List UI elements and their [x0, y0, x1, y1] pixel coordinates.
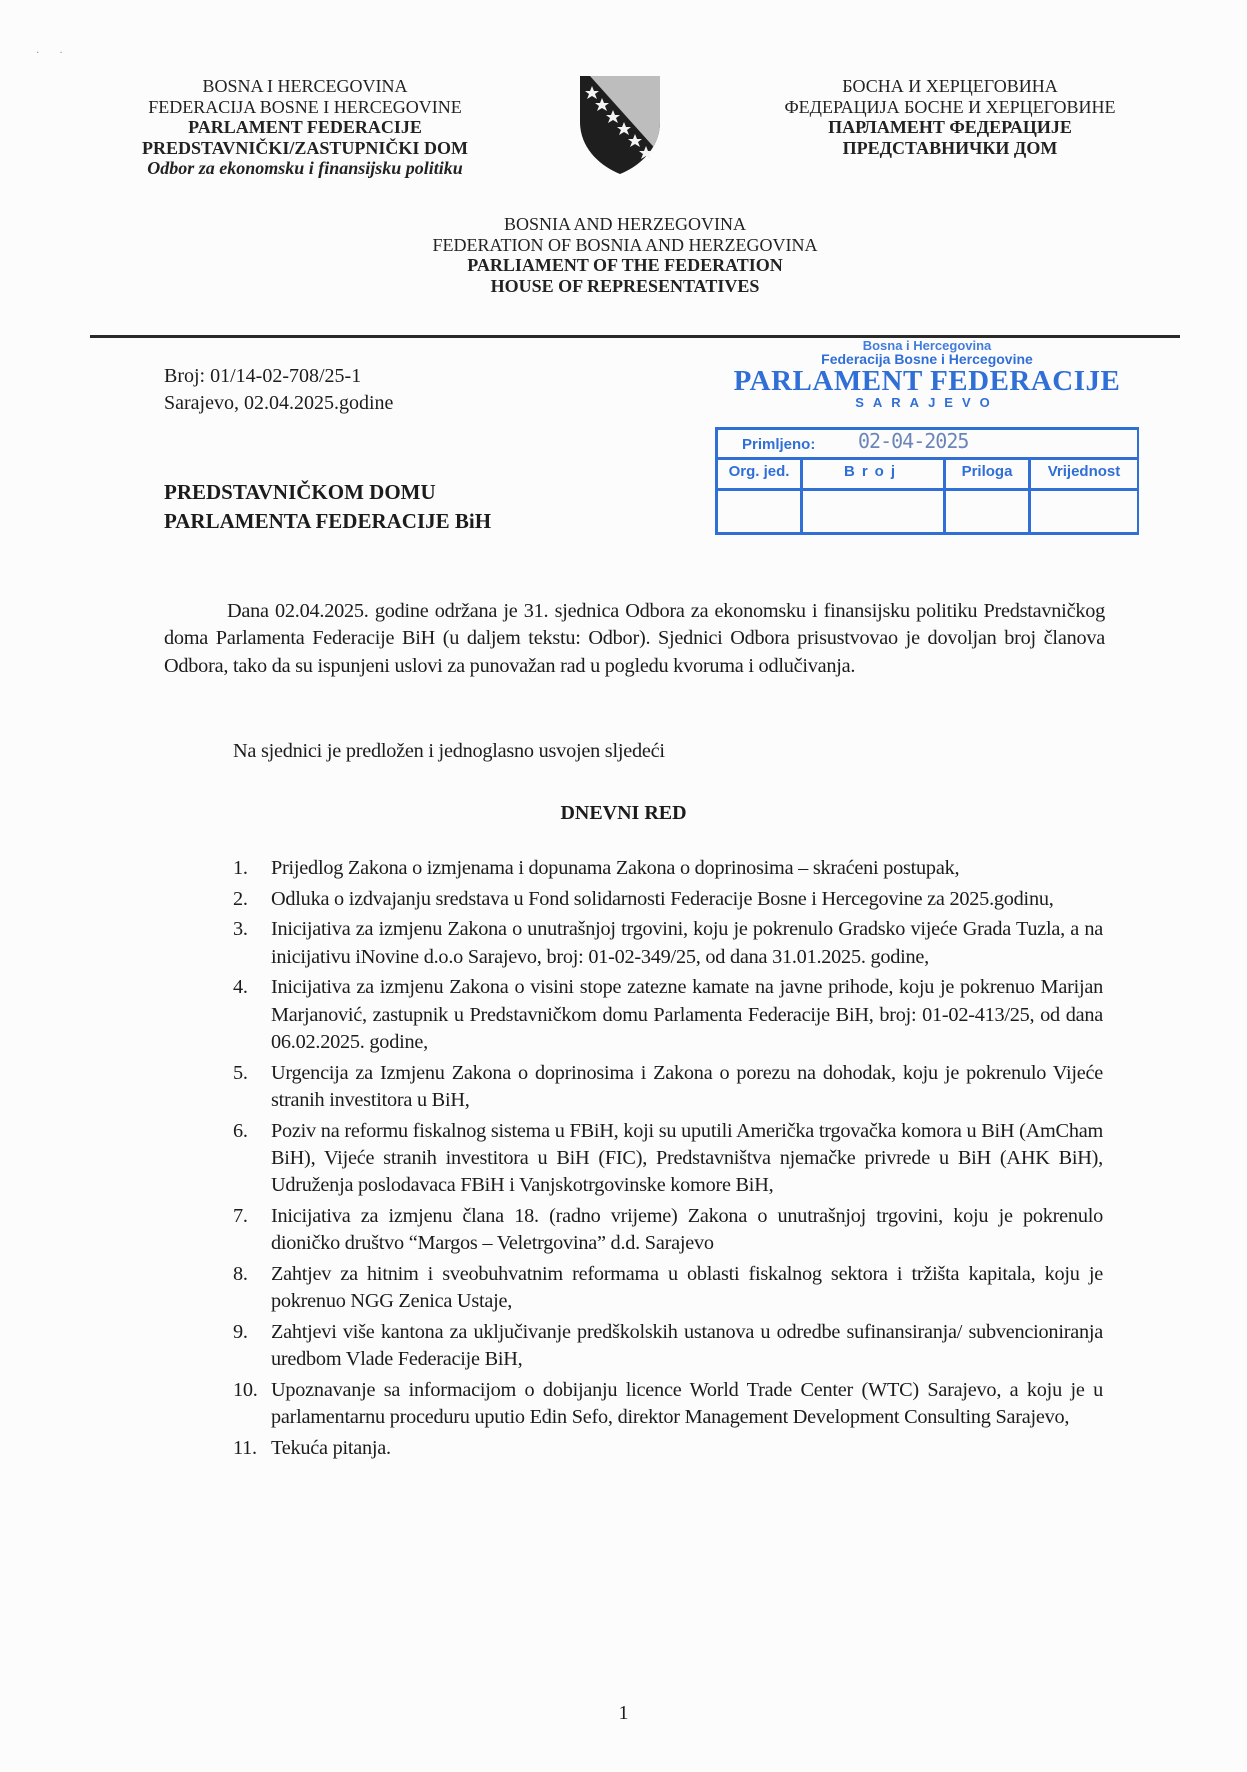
header-divider — [90, 335, 1180, 338]
agenda-title: DNEVNI RED — [0, 802, 1247, 825]
agenda-item-number: 11. — [233, 1435, 257, 1462]
letterhead-country-en: BOSNIA AND HERZEGOVINA — [330, 214, 920, 235]
stamp-col-attachments: Priloga — [946, 460, 1031, 532]
agenda-item-text: Inicijativa za izmjenu Zakona o unutrašn… — [271, 918, 1103, 967]
agenda-item-number: 3. — [233, 916, 248, 943]
proposal-sentence: Na sjednici je predložen i jednoglasno u… — [233, 740, 665, 763]
agenda-item: 3.Inicijativa za izmjenu Zakona o unutra… — [233, 916, 1103, 971]
agenda-item-number: 2. — [233, 886, 248, 913]
stamp-col-label: Org. jed. — [718, 463, 800, 480]
agenda-item-text: Inicijativa za izmjenu Zakona o visini s… — [271, 976, 1103, 1053]
letterhead-latin: BOSNA I HERCEGOVINA FEDERACIJA BOSNE I H… — [100, 76, 510, 179]
letterhead-country: BOSNA I HERCEGOVINA — [100, 76, 510, 97]
stamp-parliament: PARLAMENT FEDERACIJE — [712, 367, 1142, 395]
coat-of-arms-icon — [576, 70, 664, 178]
agenda-item: 8.Zahtjev za hitnim i sveobuhvatnim refo… — [233, 1261, 1103, 1316]
stamp-city: SARAJEVO — [712, 395, 1142, 411]
letterhead-parliament: PARLAMENT FEDERACIJE — [100, 117, 510, 138]
agenda-item-number: 4. — [233, 974, 248, 1001]
agenda-item: 6.Poziv na reformu fiskalnog sistema u F… — [233, 1118, 1103, 1200]
agenda-item: 7.Inicijativa za izmjenu člana 18. (radn… — [233, 1203, 1103, 1258]
agenda-item-text: Tekuća pitanja. — [271, 1437, 391, 1459]
intro-paragraph: Dana 02.04.2025. godine održana je 31. s… — [164, 598, 1105, 680]
agenda-item: 9.Zahtjevi više kantona za uključivanje … — [233, 1319, 1103, 1374]
agenda-item-number: 8. — [233, 1261, 248, 1288]
recipient-line-2: PARLAMENTA FEDERACIJE BiH — [164, 507, 491, 536]
agenda-item-number: 5. — [233, 1060, 248, 1087]
agenda-item-text: Zahtjevi više kantona za uključivanje pr… — [271, 1321, 1103, 1370]
agenda-item-text: Inicijativa za izmjenu člana 18. (radno … — [271, 1205, 1103, 1254]
document-place-date: Sarajevo, 02.04.2025.godine — [164, 390, 393, 417]
received-stamp: Bosna i Hercegovina Federacija Bosne i H… — [712, 339, 1142, 411]
agenda-item-text: Urgencija za Izmjenu Zakona o doprinosim… — [271, 1062, 1103, 1111]
stamp-received-row: Primljeno: 02-04-2025 — [718, 430, 1137, 460]
agenda-item: 11.Tekuća pitanja. — [233, 1435, 1103, 1462]
stamp-country: Bosna i Hercegovina — [712, 339, 1142, 352]
letterhead-entity: FEDERACIJA BOSNE I HERCEGOVINE — [100, 97, 510, 118]
letterhead-parliament-cyr: ПАРЛАМЕНТ ФЕДЕРАЦИЈЕ — [745, 117, 1155, 138]
agenda-item-text: Prijedlog Zakona o izmjenama i dopunama … — [271, 857, 959, 879]
stamp-col-number: Broj — [803, 460, 946, 532]
stamp-col-org: Org. jed. — [718, 460, 803, 532]
document-number: Broj: 01/14-02-708/25-1 — [164, 363, 393, 390]
letterhead-entity-cyr: ФЕДЕРАЦИЈА БОСНЕ И ХЕРЦЕГОВИНЕ — [745, 97, 1155, 118]
letterhead-committee: Odbor za ekonomsku i finansijsku politik… — [100, 158, 510, 179]
stamp-table: Primljeno: 02-04-2025 Org. jed. Broj Pri… — [715, 427, 1139, 535]
stamp-col-value: Vrijednost — [1031, 460, 1137, 532]
agenda-list: 1.Prijedlog Zakona o izmjenama i dopunam… — [233, 855, 1103, 1466]
agenda-item-number: 7. — [233, 1203, 248, 1230]
agenda-item-text: Poziv na reformu fiskalnog sistema u FBi… — [271, 1120, 1103, 1197]
document-meta: Broj: 01/14-02-708/25-1 Sarajevo, 02.04.… — [164, 363, 393, 417]
letterhead-country-cyr: БОСНА И ХЕРЦЕГОВИНА — [745, 76, 1155, 97]
letterhead-cyrillic: БОСНА И ХЕРЦЕГОВИНА ФЕДЕРАЦИЈА БОСНЕ И Х… — [745, 76, 1155, 158]
letterhead-parliament-en: PARLIAMENT OF THE FEDERATION — [330, 255, 920, 276]
page-number: 1 — [0, 1702, 1247, 1725]
agenda-item-text: Odluka o izdvajanju sredstava u Fond sol… — [271, 888, 1054, 910]
agenda-item-number: 6. — [233, 1118, 248, 1145]
recipient-line-1: PREDSTAVNIČKOM DOMU — [164, 478, 491, 507]
recipient-block: PREDSTAVNIČKOM DOMU PARLAMENTA FEDERACIJ… — [164, 478, 491, 536]
stamp-col-label: Broj — [803, 463, 943, 480]
intro-text: Dana 02.04.2025. godine održana je 31. s… — [164, 598, 1105, 680]
agenda-item-number: 1. — [233, 855, 248, 882]
agenda-item-text: Upoznavanje sa informacijom o dobijanju … — [271, 1379, 1103, 1428]
letterhead-english: BOSNIA AND HERZEGOVINA FEDERATION OF BOS… — [330, 214, 920, 296]
agenda-item-number: 10. — [233, 1377, 258, 1404]
scan-artifact: · · — [36, 48, 63, 59]
agenda-item: 2.Odluka o izdvajanju sredstava u Fond s… — [233, 886, 1103, 913]
agenda-item: 4.Inicijativa za izmjenu Zakona o visini… — [233, 974, 1103, 1056]
stamp-received-date: 02-04-2025 — [858, 429, 968, 453]
letterhead-house-cyr: ПРЕДСТАВНИЧКИ ДОМ — [745, 138, 1155, 159]
agenda-item: 5.Urgencija za Izmjenu Zakona o doprinos… — [233, 1060, 1103, 1115]
letterhead-house-en: HOUSE OF REPRESENTATIVES — [330, 276, 920, 297]
stamp-received-label: Primljeno: — [742, 436, 815, 453]
letterhead-entity-en: FEDERATION OF BOSNIA AND HERZEGOVINA — [330, 235, 920, 256]
agenda-item: 10.Upoznavanje sa informacijom o dobijan… — [233, 1377, 1103, 1432]
stamp-col-label: Priloga — [946, 463, 1028, 480]
stamp-col-label: Vrijednost — [1031, 463, 1137, 480]
agenda-item: 1.Prijedlog Zakona o izmjenama i dopunam… — [233, 855, 1103, 882]
agenda-item-text: Zahtjev za hitnim i sveobuhvatnim reform… — [271, 1263, 1103, 1312]
letterhead-house: PREDSTAVNIČKI/ZASTUPNIČKI DOM — [100, 138, 510, 159]
agenda-item-number: 9. — [233, 1319, 248, 1346]
